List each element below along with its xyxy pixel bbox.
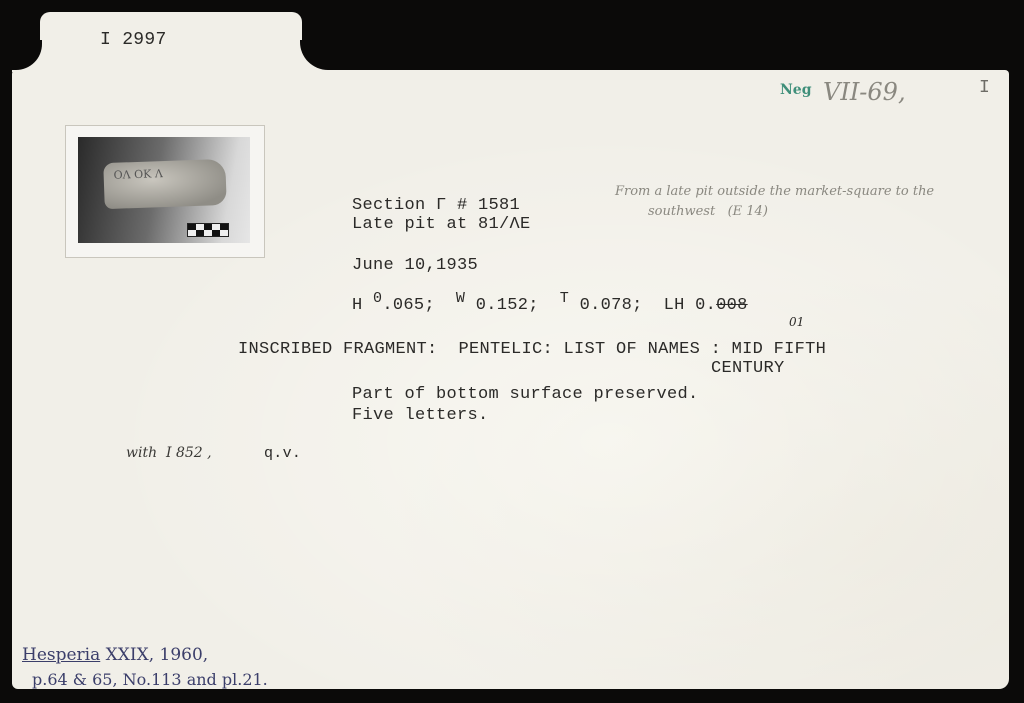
letter-height-struck: 008 <box>716 296 748 315</box>
bibliography-line2: p.64 & 65, No.113 and pl.21. <box>32 670 268 689</box>
tab-curve-left <box>12 40 42 72</box>
height-value: .065; <box>382 296 435 315</box>
thickness-label: T <box>560 290 569 307</box>
journal-title: Hesperia <box>22 645 100 665</box>
description-line2: CENTURY <box>711 359 785 378</box>
stone-fragment: OΛ ΟΚ Λ <box>103 159 227 209</box>
letter-height-correction: 01 <box>789 315 804 329</box>
description-line3: Part of bottom surface preserved. <box>352 385 699 404</box>
thickness-value: 0.078; <box>580 296 643 315</box>
description-line4: Five letters. <box>352 406 489 425</box>
findspot-line: Late pit at 81/ΛE <box>352 215 531 234</box>
provenance-note-line1: From a late pit outside the market-squar… <box>615 184 934 199</box>
height-value-lead: 0 <box>373 290 382 307</box>
provenance-note-line2: southwest (E 14) <box>648 204 768 219</box>
corner-mark: I <box>979 78 990 98</box>
inscription-marks: OΛ ΟΚ Λ <box>113 167 163 182</box>
negative-stamp: Neg <box>780 82 812 98</box>
tab-curve-right <box>300 40 336 72</box>
cross-reference-handwritten: with I 852 , <box>126 445 212 461</box>
section-line: Section Γ # 1581 <box>352 196 520 215</box>
letter-height-prefix: 0. <box>695 296 716 315</box>
height-label: H <box>352 296 363 315</box>
cross-reference-typed: q.v. <box>264 445 301 462</box>
excavation-date: June 10,1935 <box>352 256 478 275</box>
dimensions-line: H 0.065; W 0.152; T 0.078; LH 0.008 <box>352 296 748 315</box>
width-value: 0.152; <box>476 296 539 315</box>
bibliography-line1: Hesperia XXIX, 1960, <box>22 645 208 665</box>
journal-volume-year: XXIX, 1960, <box>100 645 208 665</box>
description-line1: INSCRIBED FRAGMENT: PENTELIC: LIST OF NA… <box>238 340 826 359</box>
width-label: W <box>456 290 465 307</box>
inventory-number: I 2997 <box>100 30 167 50</box>
object-photo: OΛ ΟΚ Λ <box>78 137 250 243</box>
letter-height-label: LH <box>664 296 685 315</box>
negative-number: VII-69, <box>823 78 906 106</box>
scale-bar <box>187 223 229 237</box>
photo-mount: OΛ ΟΚ Λ <box>65 125 265 258</box>
